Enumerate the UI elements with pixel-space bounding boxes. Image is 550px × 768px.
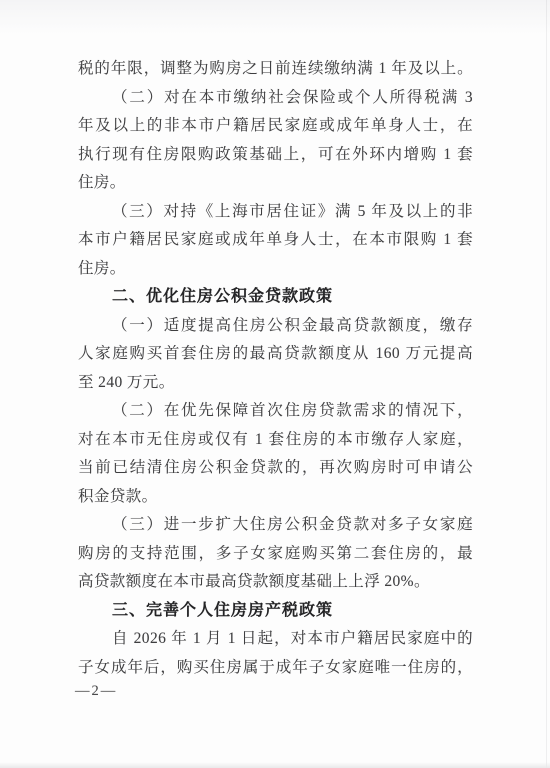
text-line: 自 2026 年 1 月 1 日起，对本市户籍居民家庭中的 [78, 625, 473, 654]
text-line: 子女成年后，购买住房属于成年子女家庭唯一住房的， [78, 654, 473, 683]
paragraph: （二）对在本市缴纳社会保险或个人所得税满 3年及以上的非本市户籍居民家庭或成年单… [78, 84, 473, 198]
text-line: 积金贷款。 [78, 483, 473, 512]
section-heading: 三、完善个人住房房产税政策 [78, 597, 473, 626]
document-body: 税的年限，调整为购房之日前连续缴纳满 1 年及以上。（二）对在本市缴纳社会保险或… [78, 55, 473, 682]
heading-line: 二、优化住房公积金贷款政策 [78, 283, 473, 312]
text-line: 当前已结清住房公积金贷款的，再次购房时可申请公 [78, 454, 473, 483]
text-line: （二）对在本市缴纳社会保险或个人所得税满 3 [78, 84, 473, 113]
text-line: 人家庭购买首套住房的最高贷款额度从 160 万元提高 [78, 340, 473, 369]
text-line: 高贷款额度在本市最高贷款额度基础上上浮 20%。 [78, 568, 473, 597]
heading-line: 三、完善个人住房房产税政策 [78, 597, 473, 626]
paragraph: 税的年限，调整为购房之日前连续缴纳满 1 年及以上。 [78, 55, 473, 84]
text-line: （三）进一步扩大住房公积金贷款对多子女家庭 [78, 511, 473, 540]
text-line: （三）对持《上海市居住证》满 5 年及以上的非 [78, 198, 473, 227]
document-page: 税的年限，调整为购房之日前连续缴纳满 1 年及以上。（二）对在本市缴纳社会保险或… [0, 0, 550, 768]
text-line: 执行现有住房限购政策基础上，可在外环内增购 1 套 [78, 141, 473, 170]
text-line: 购房的支持范围，多子女家庭购买第二套住房的，最 [78, 540, 473, 569]
scan-edge-top [0, 0, 550, 34]
text-line: 住房。 [78, 169, 473, 198]
text-line: 年及以上的非本市户籍居民家庭或成年单身人士，在 [78, 112, 473, 141]
paragraph: 自 2026 年 1 月 1 日起，对本市户籍居民家庭中的子女成年后，购买住房属… [78, 625, 473, 682]
section-heading: 二、优化住房公积金贷款政策 [78, 283, 473, 312]
page-number: —2— [75, 682, 117, 700]
paragraph: （二）在优先保障首次住房贷款需求的情况下，对在本市无住房或仅有 1 套住房的本市… [78, 397, 473, 511]
scan-edge-bottom [0, 762, 550, 768]
paragraph: （一）适度提高住房公积金最高贷款额度，缴存人家庭购买首套住房的最高贷款额度从 1… [78, 312, 473, 398]
scan-edge-right [546, 0, 547, 768]
text-line: 税的年限，调整为购房之日前连续缴纳满 1 年及以上。 [78, 55, 473, 84]
paragraph: （三）进一步扩大住房公积金贷款对多子女家庭购房的支持范围，多子女家庭购买第二套住… [78, 511, 473, 597]
text-line: 对在本市无住房或仅有 1 套住房的本市缴存人家庭， [78, 426, 473, 455]
text-line: 本市户籍居民家庭或成年单身人士，在本市限购 1 套 [78, 226, 473, 255]
text-line: （一）适度提高住房公积金最高贷款额度，缴存 [78, 312, 473, 341]
text-line: 至 240 万元。 [78, 369, 473, 398]
text-line: 住房。 [78, 255, 473, 284]
text-line: （二）在优先保障首次住房贷款需求的情况下， [78, 397, 473, 426]
paragraph: （三）对持《上海市居住证》满 5 年及以上的非本市户籍居民家庭或成年单身人士，在… [78, 198, 473, 284]
